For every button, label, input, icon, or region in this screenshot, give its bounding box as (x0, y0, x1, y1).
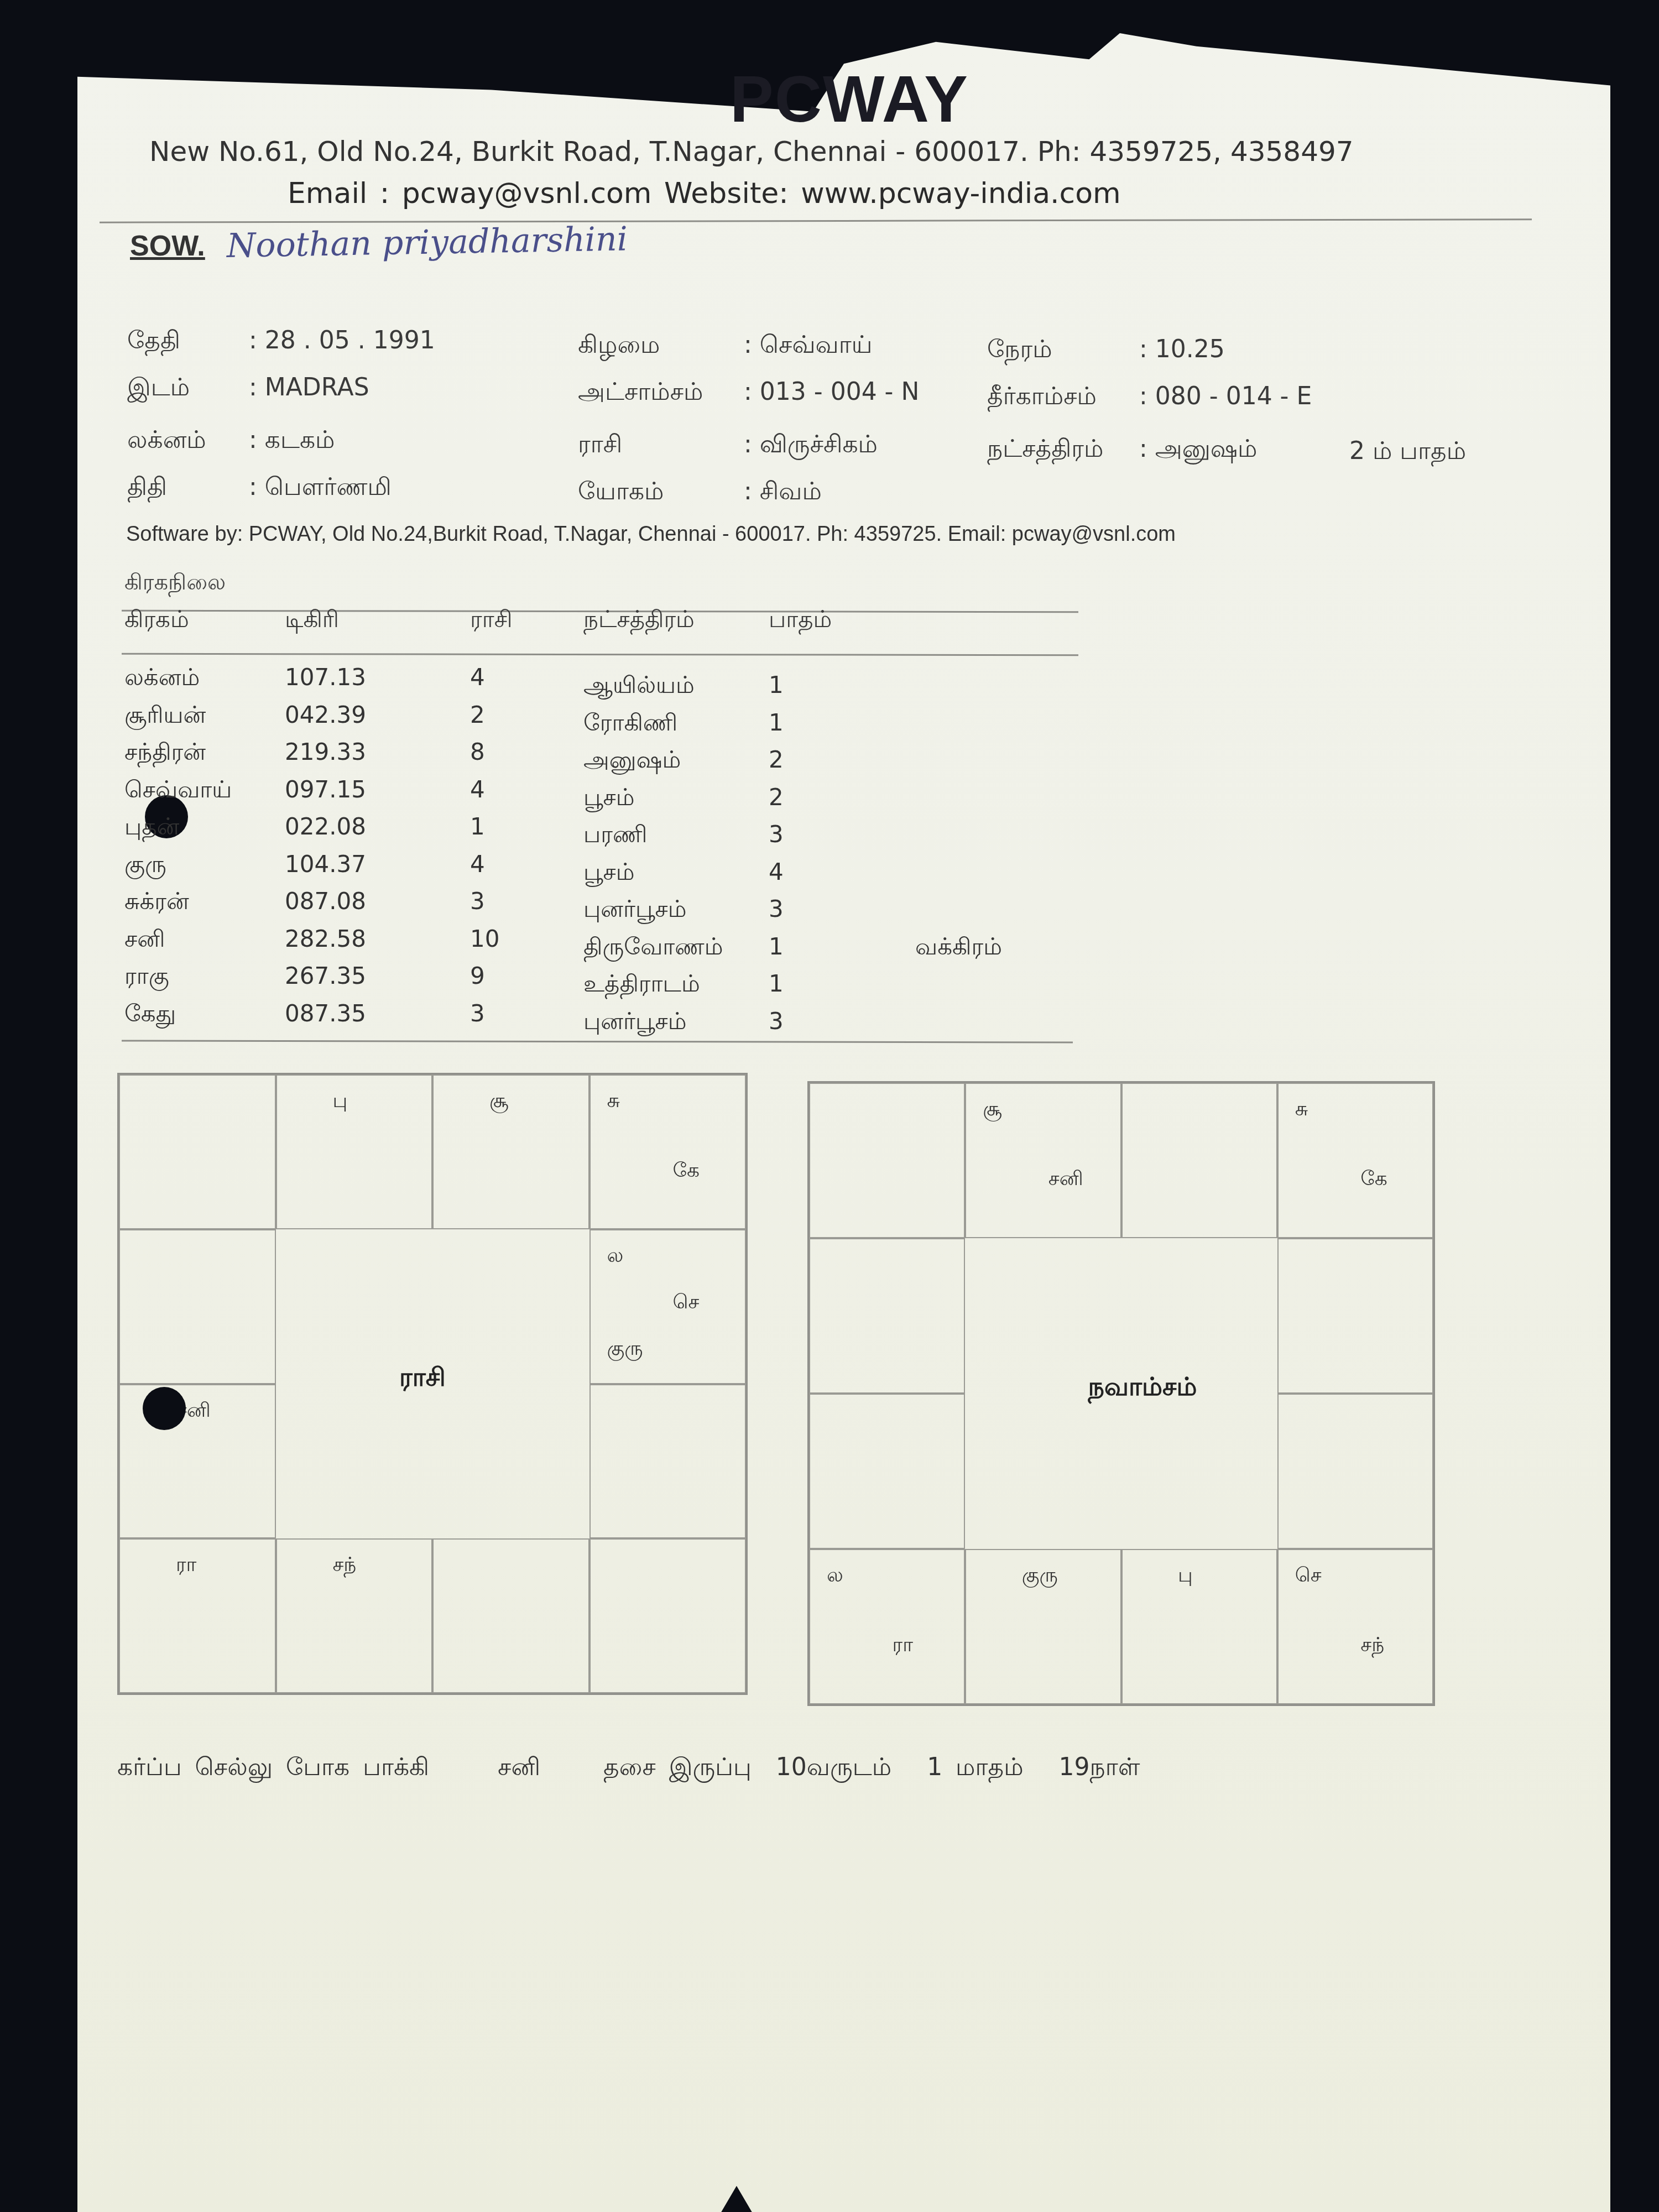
table-cell: உத்திராடம் (583, 970, 700, 1000)
company-name: PCWAY (730, 62, 969, 137)
table-cell: 1 (769, 671, 784, 698)
house-simmam (589, 1384, 747, 1539)
subject-name-handwritten: Noothan priyadharshini (226, 220, 628, 265)
detail-label: அட்சாம்சம் (578, 378, 703, 409)
planet-marker: சனி (1048, 1167, 1083, 1193)
planet-marker: ல (607, 1244, 624, 1270)
nakshatra-pada: 2 ம் பாதம் (1349, 437, 1466, 468)
detail-label: தேதி (127, 326, 180, 358)
table-cell: அனுஷம் (583, 746, 681, 776)
table-cell: புனர்பூசம் (583, 895, 687, 926)
detail-label: தீர்காம்சம் (987, 382, 1097, 414)
table-cell: 4 (470, 851, 485, 878)
house-mesham: பு (276, 1074, 433, 1229)
dasa-years: 10வருடம் (776, 1753, 891, 1781)
table-cell: 107.13 (285, 664, 366, 691)
table-cell: ராகு (124, 962, 169, 993)
detail-label: நட்சத்திரம் (987, 435, 1103, 466)
planet-marker: குரு (1022, 1564, 1058, 1589)
table-cell: 9 (470, 962, 485, 989)
table-cell: 097.15 (285, 776, 366, 803)
detail-value: : 013 - 004 - N (744, 378, 919, 406)
chart-title: நவாம்சம் (1088, 1371, 1197, 1405)
subject-prefix: SOW. (130, 229, 205, 263)
detail-value: : செவ்வாய் (744, 331, 872, 362)
planet-marker: சு (607, 1089, 620, 1115)
table-cell: குரு (124, 851, 166, 881)
dasa-balance: கர்ப்ப செல்லு போக பாக்கி சனி தசை இருப்பு… (117, 1753, 1140, 1785)
table-cell: 2 (470, 701, 485, 728)
column-header: பாதம் (769, 606, 832, 636)
table-cell: கேது (124, 1000, 176, 1030)
column-header: நட்சத்திரம் (583, 606, 695, 636)
detail-value: : விருச்சிகம் (744, 430, 878, 462)
house-kadagam (1277, 1238, 1433, 1394)
table-cell: புதன் (124, 813, 179, 843)
table-cell: 104.37 (285, 851, 366, 878)
detail-label: திதி (127, 473, 167, 504)
house-meenam (119, 1074, 276, 1229)
table-cell: திருவோணம் (583, 933, 723, 963)
house-kumbam (119, 1229, 276, 1384)
table-cell: 4 (769, 858, 784, 885)
table-cell: 3 (470, 1000, 485, 1027)
planet-marker: ரா (176, 1553, 196, 1579)
column-header: டிகிரி (285, 606, 339, 636)
table-cell: 267.35 (285, 962, 366, 989)
detail-value: : MADRAS (249, 373, 369, 401)
chart-title: ராசி (399, 1362, 446, 1396)
table-cell: 1 (769, 709, 784, 736)
house-rishabam: சூ (432, 1074, 589, 1229)
column-header: கிரகம் (124, 606, 189, 636)
table-cell: 3 (769, 895, 784, 922)
planet-marker: பு (332, 1089, 347, 1115)
table-cell: பூசம் (583, 858, 635, 889)
dasa-balance-label: கர்ப்ப செல்லு போக பாக்கி (117, 1753, 429, 1781)
house-rishabam (1121, 1083, 1277, 1238)
dasa-days: 19நாள் (1059, 1753, 1140, 1781)
detail-value: : அனுஷம் (1139, 435, 1257, 466)
planet-marker: ல (827, 1564, 843, 1589)
table-cell: லக்னம் (124, 664, 200, 694)
planet-marker: சூ (489, 1089, 508, 1115)
planet-marker: செ (1295, 1564, 1322, 1589)
table-cell: 4 (470, 664, 485, 691)
table-cell: 10 (470, 925, 499, 952)
detail-label: கிழமை (578, 331, 660, 362)
software-credit: Software by: PCWAY, Old No.24,Burkit Roa… (126, 523, 1176, 546)
planet-positions-title: கிரகநிலை (124, 570, 226, 598)
table-cell: 2 (769, 784, 784, 811)
detail-label: இடம் (127, 373, 190, 405)
detail-label: லக்னம் (127, 426, 206, 457)
planet-marker: ரா (893, 1634, 913, 1659)
table-cell: 2 (769, 746, 784, 773)
house-mithunam: சுகே (1277, 1083, 1433, 1238)
table-cell: பூசம் (583, 784, 635, 814)
house-dhanusu: ரா (119, 1538, 276, 1693)
table-cell: 4 (470, 776, 485, 803)
table-cell: 1 (769, 933, 784, 960)
company-contact: Email : pcway@vsnl.com Website: www.pcwa… (288, 177, 1121, 210)
house-kanni: செசந் (1277, 1549, 1433, 1704)
table-cell: 042.39 (285, 701, 366, 728)
table-cell: வக்கிரம் (915, 933, 1002, 963)
table-cell: பரணி (583, 821, 647, 851)
table-cell: 219.33 (285, 738, 366, 765)
house-simmam (1277, 1394, 1433, 1549)
house-thulam: பு (1121, 1549, 1277, 1704)
house-viruchigam: குரு (965, 1549, 1121, 1704)
table-cell: சனி (124, 925, 165, 956)
dasa-months: 1 மாதம் (927, 1753, 1023, 1781)
house-meenam (809, 1083, 965, 1238)
planet-marker: சந் (1360, 1634, 1384, 1659)
house-thulam (432, 1538, 589, 1693)
dasa-planet: சனி (498, 1753, 540, 1781)
detail-label: நேரம் (987, 335, 1052, 367)
planet-marker: கே (1360, 1167, 1387, 1193)
detail-value: : சிவம் (744, 477, 822, 509)
house-viruchigam: சந் (276, 1538, 433, 1693)
house-dhanusu: லரா (809, 1549, 965, 1704)
planet-marker: பு (1178, 1564, 1193, 1589)
table-cell: சந்திரன் (124, 738, 206, 769)
table-cell: 022.08 (285, 813, 366, 840)
house-magaram (809, 1394, 965, 1549)
table-cell: சூரியன் (124, 701, 206, 732)
table-cell: 3 (470, 888, 485, 915)
detail-value: : 10.25 (1139, 335, 1225, 363)
planet-marker: செ (673, 1291, 700, 1316)
house-kadagam: லசெகுரு (589, 1229, 747, 1384)
column-header: ராசி (470, 606, 513, 636)
house-kanni (589, 1538, 747, 1693)
detail-label: யோகம் (578, 477, 664, 509)
detail-value: : 28 . 05 . 1991 (249, 326, 435, 354)
planet-marker: கே (673, 1159, 700, 1185)
table-cell: ஆயில்யம் (583, 671, 695, 702)
table-cell: 1 (769, 970, 784, 997)
table-cell: 3 (769, 1008, 784, 1035)
house-mesham: சூசனி (965, 1083, 1121, 1238)
detail-value: : 080 - 014 - E (1139, 382, 1312, 410)
planet-marker: சந் (332, 1553, 356, 1579)
company-address: New No.61, Old No.24, Burkit Road, T.Nag… (149, 135, 1354, 168)
table-cell: 3 (769, 821, 784, 848)
table-cell: 8 (470, 738, 485, 765)
table-cell: 087.08 (285, 888, 366, 915)
table-cell: 282.58 (285, 925, 366, 952)
table-cell: புனர்பூசம் (583, 1008, 687, 1038)
house-kumbam (809, 1238, 965, 1394)
table-cell: 1 (470, 813, 485, 840)
detail-value: : கடகம் (249, 426, 335, 457)
navamsa-chart: சூசனிசுகேசெசந்புகுருலராநவாம்சம் (807, 1081, 1435, 1706)
rasi-chart: புசூசுகேலசெகுருசந்ராசனிராசி (117, 1073, 748, 1695)
planet-marker: சு (1295, 1098, 1308, 1123)
table-cell: செவ்வாய் (124, 776, 232, 806)
table-cell: 087.35 (285, 1000, 366, 1027)
punch-hole (143, 1387, 186, 1430)
detail-label: ராசி (578, 430, 622, 462)
dasa-text: தசை இருப்பு (603, 1753, 752, 1781)
detail-value: : பௌர்ணமி (249, 473, 392, 504)
planet-marker: குரு (607, 1337, 643, 1363)
planet-marker: சூ (983, 1098, 1001, 1123)
table-cell: சுக்ரன் (124, 888, 189, 918)
table-cell: ரோகிணி (583, 709, 677, 739)
house-mithunam: சுகே (589, 1074, 747, 1229)
